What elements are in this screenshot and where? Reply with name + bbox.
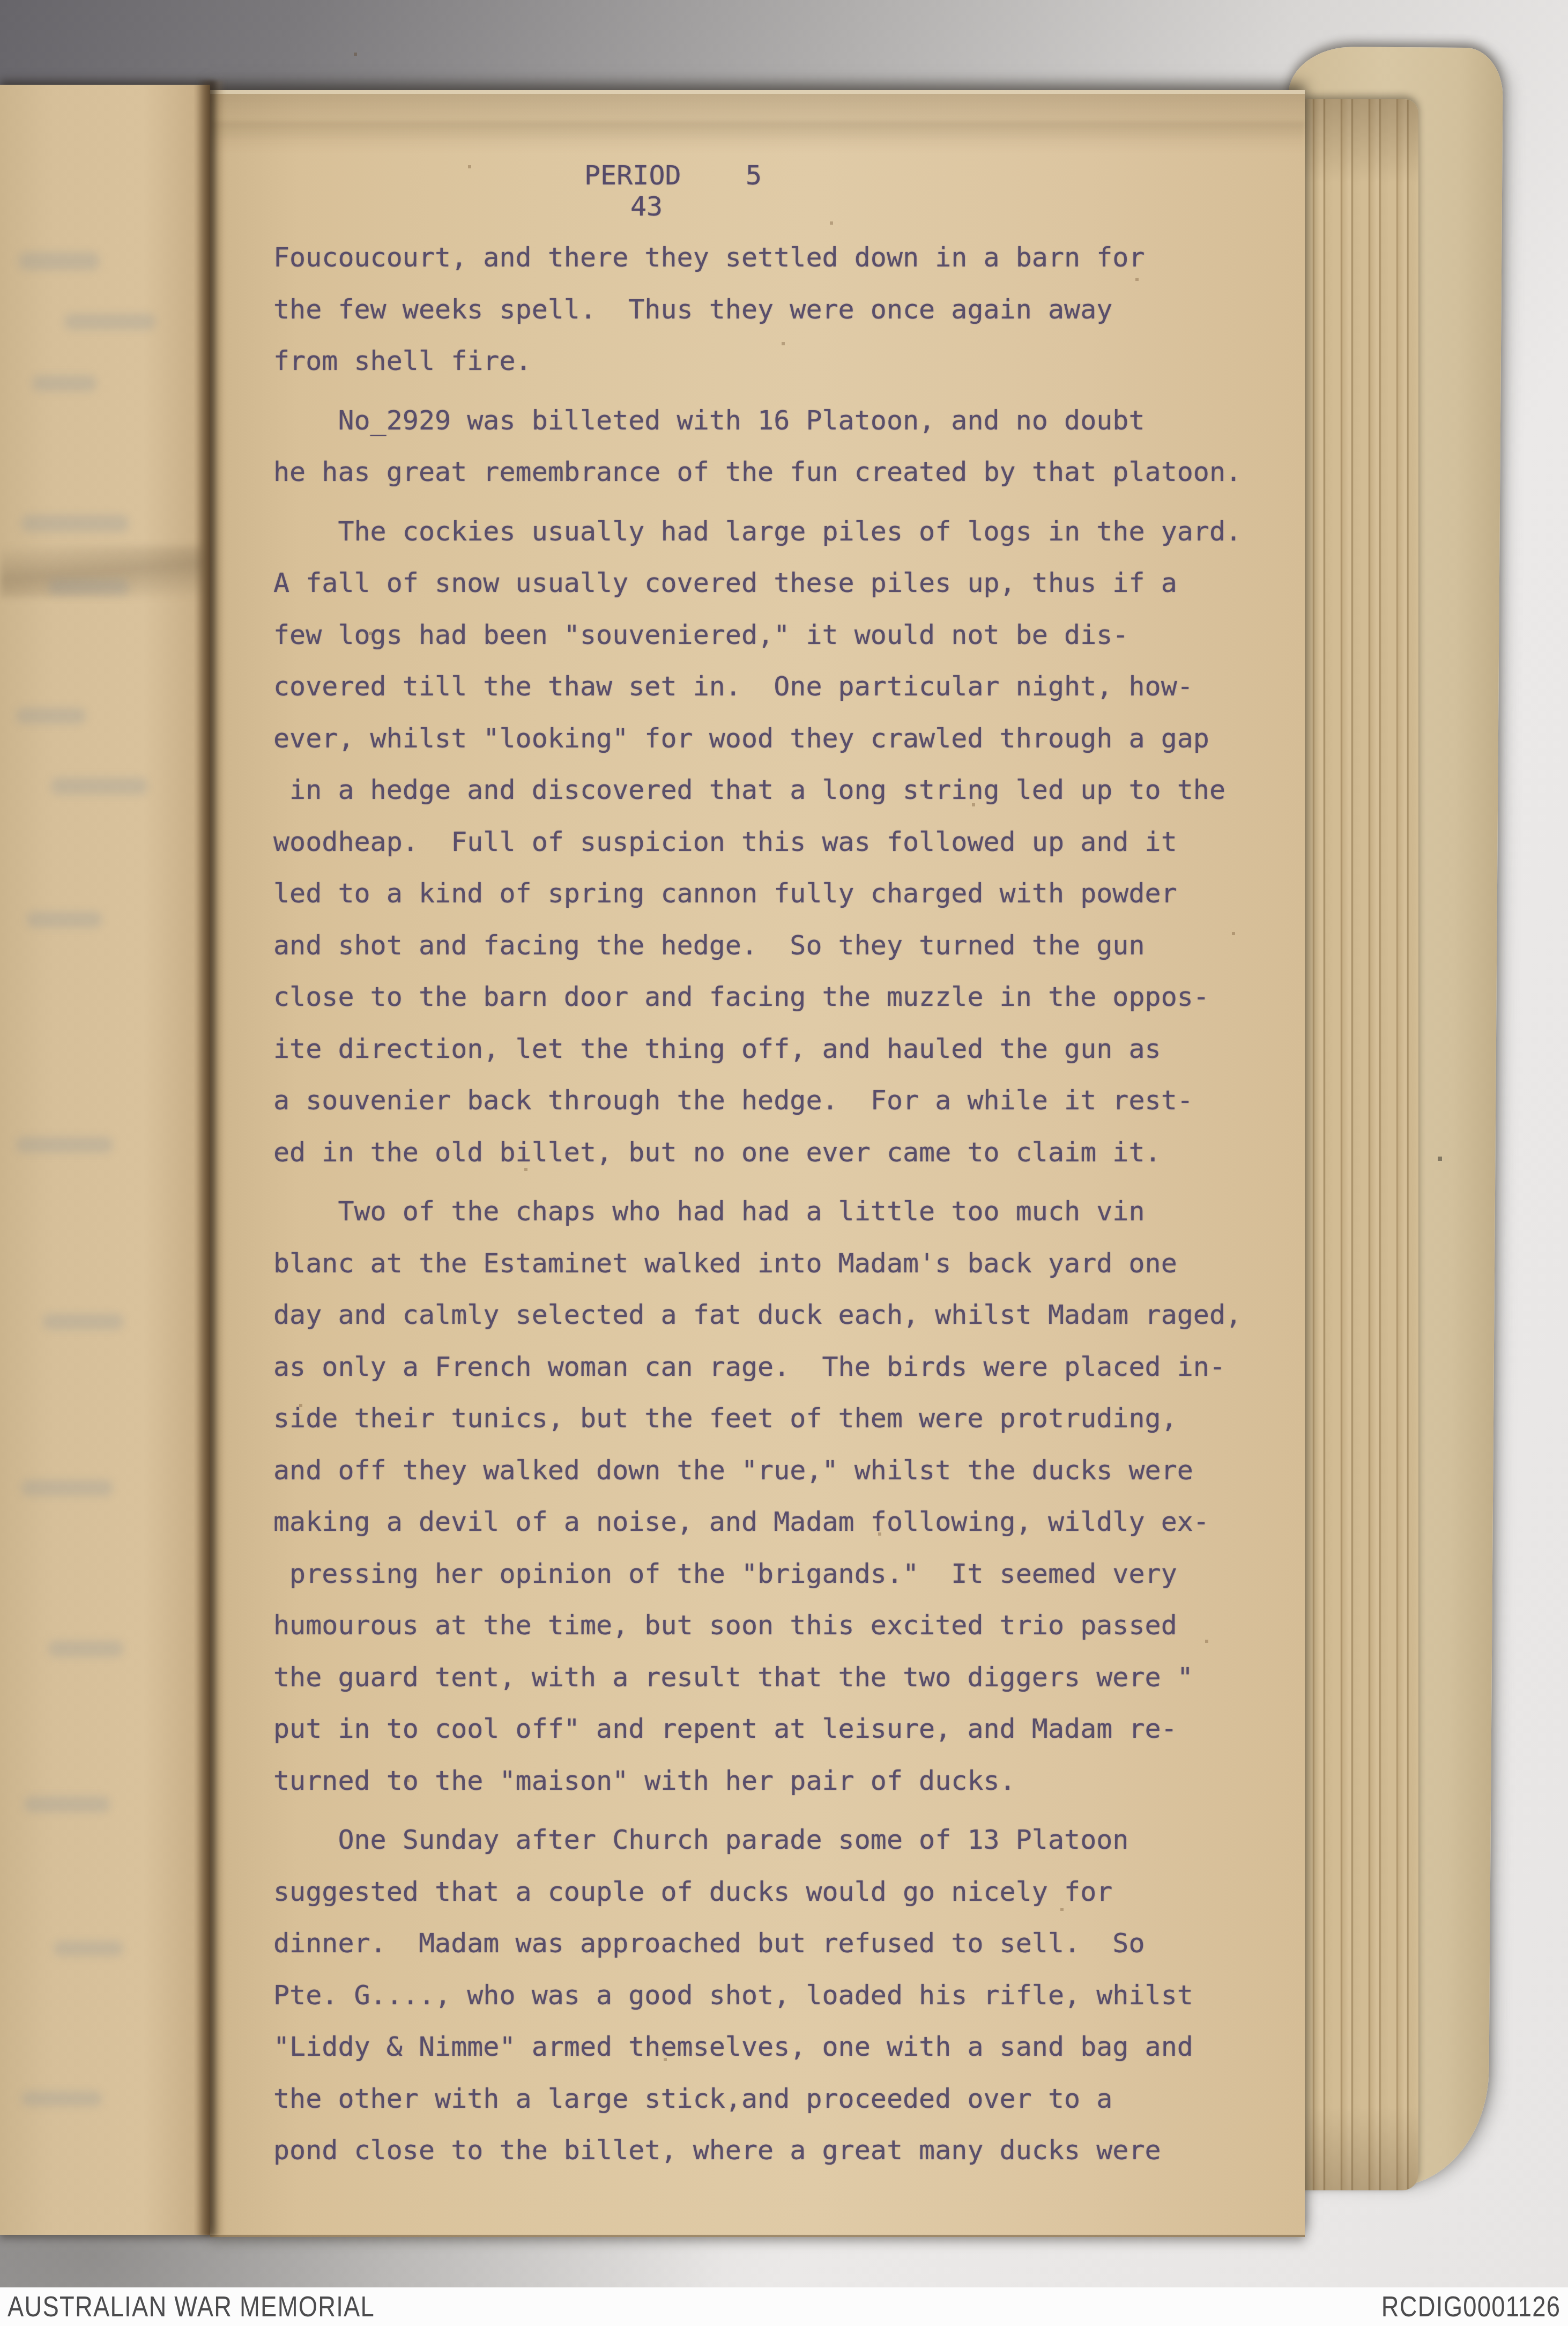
previous-page-edge [0,85,210,2235]
page-stack-edges [1305,99,1418,2190]
text-line: dinner. Madam was approached but refused… [273,1930,1145,1957]
text-line: No_2929 was billeted with 16 Platoon, an… [273,407,1145,434]
record-id: RCDIG0001126 [1381,2290,1560,2323]
text-line: ite direction, let the thing off, and ha… [273,1035,1161,1062]
text-line: close to the barn door and facing the mu… [273,983,1209,1010]
bleedthrough-smudge [32,375,96,391]
text-line: and shot and facing the hedge. So they t… [273,932,1145,959]
header-period-number: 5 [746,162,762,189]
footer-bar: AUSTRALIAN WAR MEMORIAL RCDIG0001126 [0,2287,1568,2326]
text-line: Pte. G...., who was a good shot, loaded … [273,1982,1193,2009]
text-line: The cockies usually had large piles of l… [273,518,1242,545]
text-line: blanc at the Estaminet walked into Madam… [273,1250,1177,1277]
text-line: ever, whilst "looking" for wood they cra… [273,725,1209,752]
text-line: day and calmly selected a fat duck each,… [273,1301,1242,1328]
bleedthrough-smudge [54,1941,123,1956]
bleedthrough-smudge [19,252,99,270]
paper-speckles [0,0,1,1]
bleedthrough-smudge [16,1137,113,1153]
archive-name: AUSTRALIAN WAR MEMORIAL [8,2290,375,2323]
bleedthrough-smudge [16,708,86,724]
text-line: in a hedge and discovered that a long st… [273,776,1225,803]
text-line: suggested that a couple of ducks would g… [273,1878,1112,1905]
text-line: a souvenier back through the hedge. For … [273,1087,1193,1114]
bleedthrough-smudge [21,1480,113,1496]
header-period-label: PERIOD [584,162,681,189]
text-line: making a devil of a noise, and Madam fol… [273,1508,1209,1535]
text-line: few logs had been "souveniered," it woul… [273,621,1128,648]
book-gutter-shadow [197,80,225,2236]
bleedthrough-smudge [48,1641,123,1657]
text-line: the other with a large stick,and proceed… [273,2085,1112,2112]
bleedthrough-smudge [43,1314,123,1330]
header-page-number: 43 [630,193,663,220]
text-line: pressing her opinion of the "brigands." … [273,1560,1177,1587]
text-line: ed in the old billet, but no one ever ca… [273,1139,1161,1166]
text-line: and off they walked down the "rue," whil… [273,1457,1193,1484]
bleedthrough-smudge [21,515,129,532]
text-line: he has great remembrance of the fun crea… [273,458,1242,485]
bleedthrough-smudge [64,314,155,330]
text-line: Two of the chaps who had had a little to… [273,1198,1145,1225]
scanned-document-photo: PERIOD 5 43 Foucoucourt, and there they … [0,0,1568,2326]
text-line: Foucoucourt, and there they settled down… [273,244,1145,271]
text-line: A fall of snow usually covered these pil… [273,569,1177,596]
text-line: humourous at the time, but soon this exc… [273,1612,1177,1639]
text-line: turned to the "maison" with her pair of … [273,1767,1016,1794]
text-line: pond close to the billet, where a great … [273,2137,1161,2164]
bleedthrough-smudge [48,579,129,595]
bleedthrough-smudge [21,2091,102,2106]
bleedthrough-smudge [51,777,147,795]
text-line: the few weeks spell. Thus they were once… [273,296,1112,323]
text-line: led to a kind of spring cannon fully cha… [273,880,1177,907]
text-line: as only a French woman can rage. The bir… [273,1353,1225,1380]
text-line: woodheap. Full of suspicion this was fol… [273,828,1177,855]
text-line: the guard tent, with a result that the t… [273,1664,1193,1691]
bleedthrough-smudge [27,912,102,928]
text-line: covered till the thaw set in. One partic… [273,673,1193,700]
text-line: side their tunics, but the feet of them … [273,1405,1177,1432]
bleedthrough-smudge [24,1796,110,1812]
text-line: "Liddy & Nimme" armed themselves, one wi… [273,2033,1193,2060]
text-line: One Sunday after Church parade some of 1… [273,1826,1128,1853]
text-line: from shell fire. [273,347,532,374]
text-line: put in to cool off" and repent at leisur… [273,1715,1177,1742]
